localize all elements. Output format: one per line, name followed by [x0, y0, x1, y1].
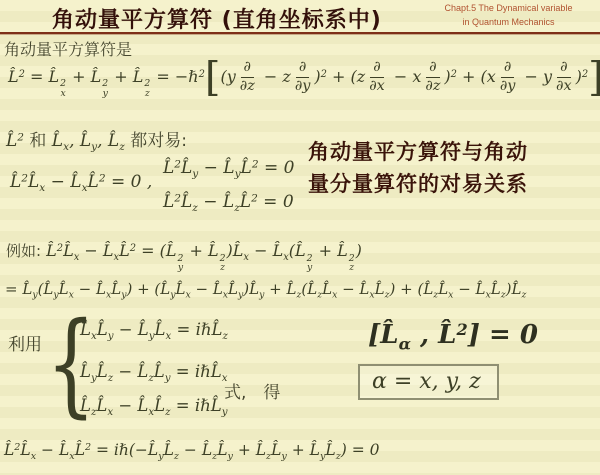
- chapter-line1: Chapt.5 The Dynamical variable: [421, 2, 596, 16]
- page-title: 角动量平方算符 (直角坐标系中): [52, 3, 382, 34]
- commutator-y-equation: L̂2L̂y − L̂yL̂2 = 0: [163, 158, 294, 178]
- alpha-definition: α = x, y, z: [372, 369, 481, 394]
- example-formula: L̂2L̂x − L̂xL̂2 = (L̂2y + L̂2z)L̂x − L̂x…: [46, 241, 362, 260]
- use-equation-1: L̂xL̂y − L̂yL̂x = iℏL̂z: [80, 320, 228, 339]
- use-label: 利用: [8, 330, 42, 355]
- main-formula: L̂2 = L̂2x + L̂2y + L̂2z = −ℏ2[(y∂∂z − z…: [8, 60, 600, 99]
- use-equation-2: L̂yL̂z − L̂zL̂y = iℏL̂x: [80, 362, 227, 381]
- commutator-x-equation: L̂2L̂x − L̂xL̂2 = 0 ,: [10, 172, 152, 192]
- lecture-slide: 角动量平方算符 (直角坐标系中) Chapt.5 The Dynamical v…: [0, 0, 600, 475]
- chapter-header: Chapt.5 The Dynamical variable in Quantu…: [421, 2, 596, 30]
- example-line: 例如: L̂2L̂x − L̂xL̂2 = (L̂2y + L̂2z)L̂x −…: [6, 240, 362, 273]
- result-formula: [L̂α , L̂2] = 0: [368, 320, 538, 350]
- shi-de-label: 式, 得: [224, 378, 280, 403]
- bottom-formula: L̂2L̂x − L̂xL̂2 = iℏ(−L̂yL̂z − L̂zL̂y + …: [4, 441, 380, 459]
- title-underline: [0, 32, 600, 34]
- chapter-line2: in Quantum Mechanics: [421, 16, 596, 30]
- example-label: 例如:: [6, 242, 41, 260]
- expansion-line: = L̂y(L̂yL̂x − L̂xL̂y) + (L̂yL̂x − L̂xL̂…: [5, 280, 526, 298]
- highlight-note-line2: 量分量算符的对易关系: [308, 169, 593, 201]
- highlight-note: 角动量平方算符与角动 量分量算符的对易关系: [308, 137, 593, 200]
- highlight-note-line1: 角动量平方算符与角动: [308, 137, 593, 169]
- intro-text: 角动量平方算符是: [4, 37, 132, 60]
- commutator-z-equation: L̂2L̂z − L̂zL̂2 = 0: [163, 192, 294, 212]
- use-equation-3: L̂zL̂x − L̂xL̂z = iℏL̂y: [80, 396, 227, 415]
- alpha-definition-box: α = x, y, z: [358, 364, 499, 400]
- commute-intro: L̂2 和 L̂x, L̂y, L̂z 都对易:: [6, 126, 187, 151]
